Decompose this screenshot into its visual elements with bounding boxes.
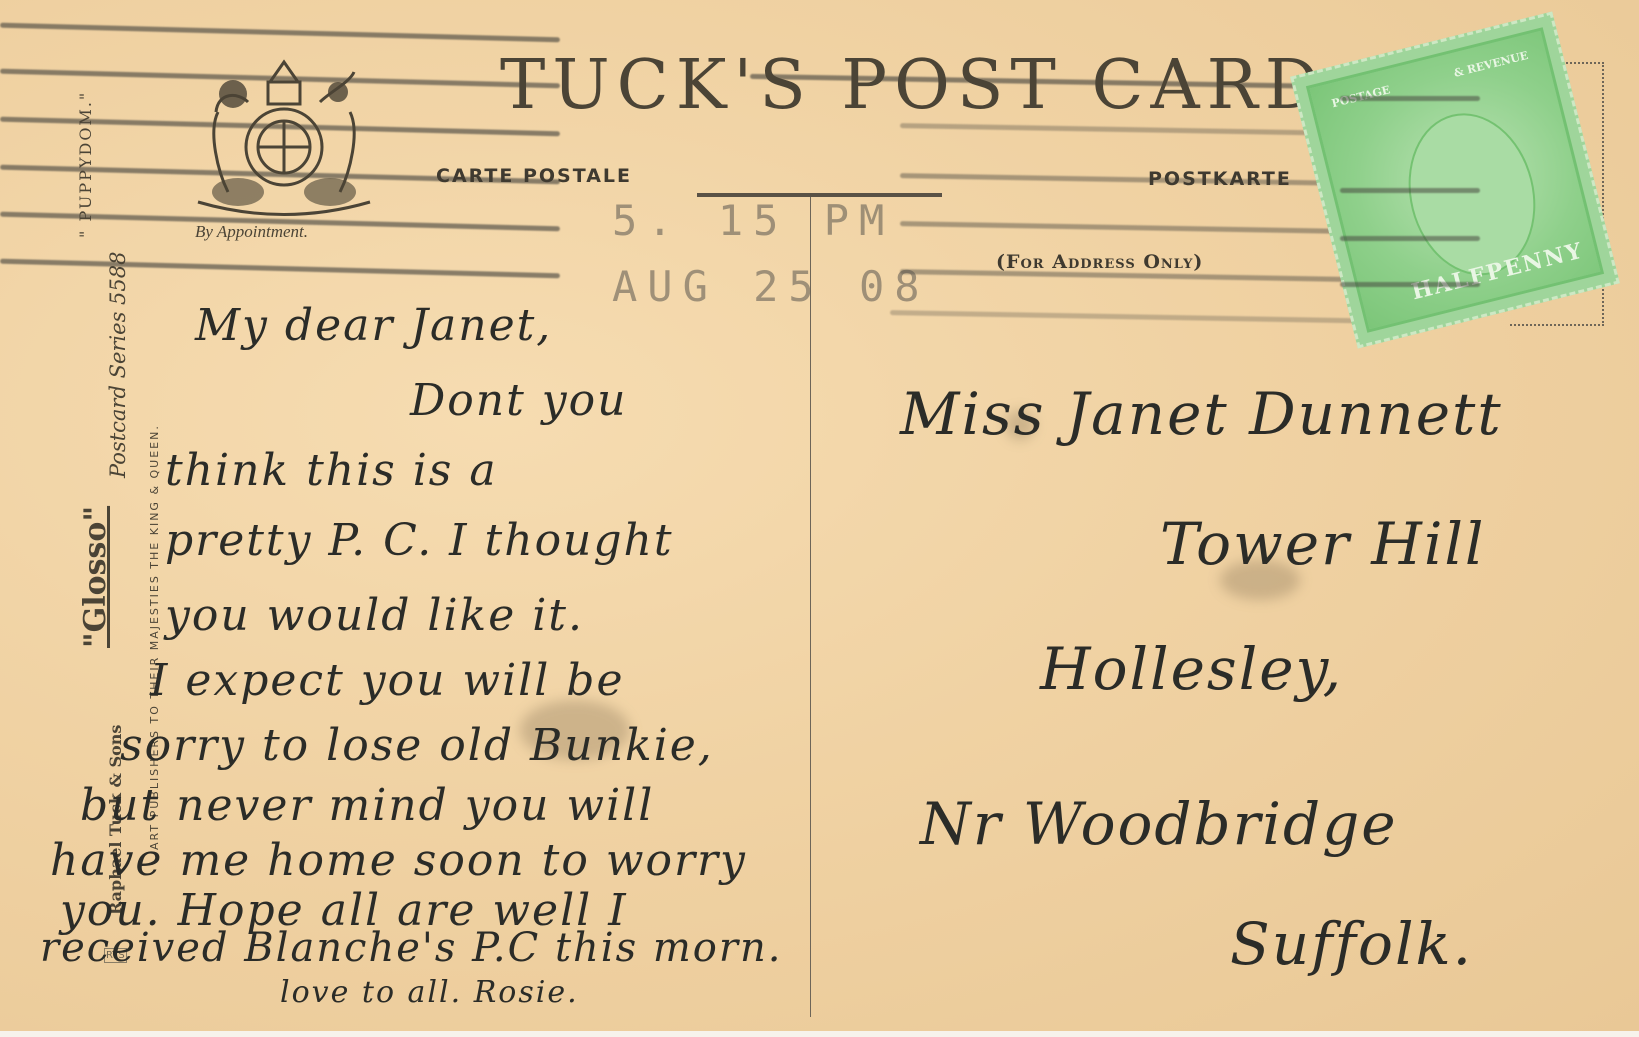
message-line: received Blanche's P.C this morn. [40, 925, 782, 971]
message-line: think this is a [165, 445, 498, 496]
message-line: you would like it. [165, 590, 584, 641]
cancellation-bar [0, 259, 560, 279]
address-line-street: Tower Hill [1160, 510, 1485, 578]
carte-postale-label: CARTE POSTALE [436, 165, 632, 187]
message-line: I expect you will be [150, 655, 624, 706]
cancellation-bar [0, 23, 560, 43]
stamp-revenue-text: & REVENUE [1452, 49, 1529, 80]
postcard-back: By Appointment. TUCK'S POST CARD CARTE P… [0, 0, 1639, 1037]
cancellation-bar [1340, 188, 1480, 193]
postmark-date: AUG 25 08 [612, 262, 930, 311]
series-name: " PUPPYDOM." [76, 91, 95, 238]
postmark-time: 5. 15 PM [612, 196, 894, 245]
message-line: sorry to lose old Bunkie, [120, 720, 714, 771]
signature-line: love to all. Rosie. [280, 975, 579, 1010]
divider-vertical [810, 197, 811, 1017]
message-line: Dont you [410, 375, 627, 426]
message-line: have me home soon to worry [50, 835, 747, 886]
address-line-village: Hollesley, [1040, 635, 1343, 703]
card-edge [0, 1031, 1639, 1037]
series-number: Postcard Series 5588 [106, 252, 130, 478]
cancellation-bar [1340, 96, 1480, 101]
message-line: My dear Janet, [195, 300, 552, 351]
royal-coat-of-arms-icon [188, 52, 380, 222]
message-line: pretty P. C. I thought [165, 515, 674, 566]
cancellation-bar [1340, 236, 1480, 241]
address-only-label: (For Address Only) [996, 251, 1203, 273]
brand-glosso: "Glosso" [78, 506, 113, 648]
address-line-town: Nr Woodbridge [920, 790, 1398, 858]
address-line-county: Suffolk. [1230, 910, 1473, 978]
postkarte-label: POSTKARTE [1148, 168, 1292, 190]
cancellation-bar [1340, 282, 1480, 287]
postcard-title: TUCK'S POST CARD [500, 46, 1326, 125]
by-appointment-label: By Appointment. [195, 222, 308, 242]
message-line: but never mind you will [80, 780, 654, 831]
address-line-name: Miss Janet Dunnett [900, 380, 1503, 448]
